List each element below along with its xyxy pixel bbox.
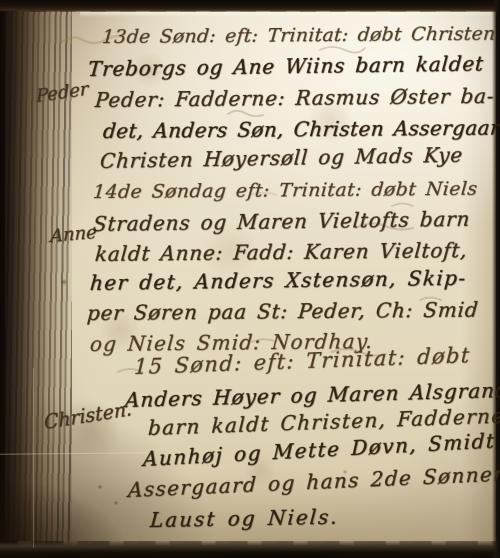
manuscript-line: 13de Sønd: eft: Trinitat: døbt Christen (101, 23, 496, 48)
page-edge-highlight (80, 12, 490, 17)
photo-frame-top (0, 0, 500, 12)
photo-frame-bottom (0, 541, 500, 558)
manuscript-line: kaldt Anne: Fadd: Karen Vieltoft, (94, 238, 468, 266)
manuscript-line: det, Anders Søn, Christen Assergaard (102, 115, 500, 143)
scratch-mark (33, 368, 34, 548)
margin-name-anne: Anne (50, 222, 97, 247)
manuscript-line: Laust og Niels. (149, 505, 339, 532)
manuscript-line: Peder: Fadderne: Rasmus Øster ba- (94, 84, 495, 112)
manuscript-line: per Søren paa St: Peder, Ch: Smid (86, 298, 479, 325)
parish-register-photo: Peder Anne Christen. 13de Sønd: eft: Tri… (0, 0, 500, 558)
manuscript-line: 14de Søndag eft: Trinitat: døbt Niels (92, 178, 478, 203)
